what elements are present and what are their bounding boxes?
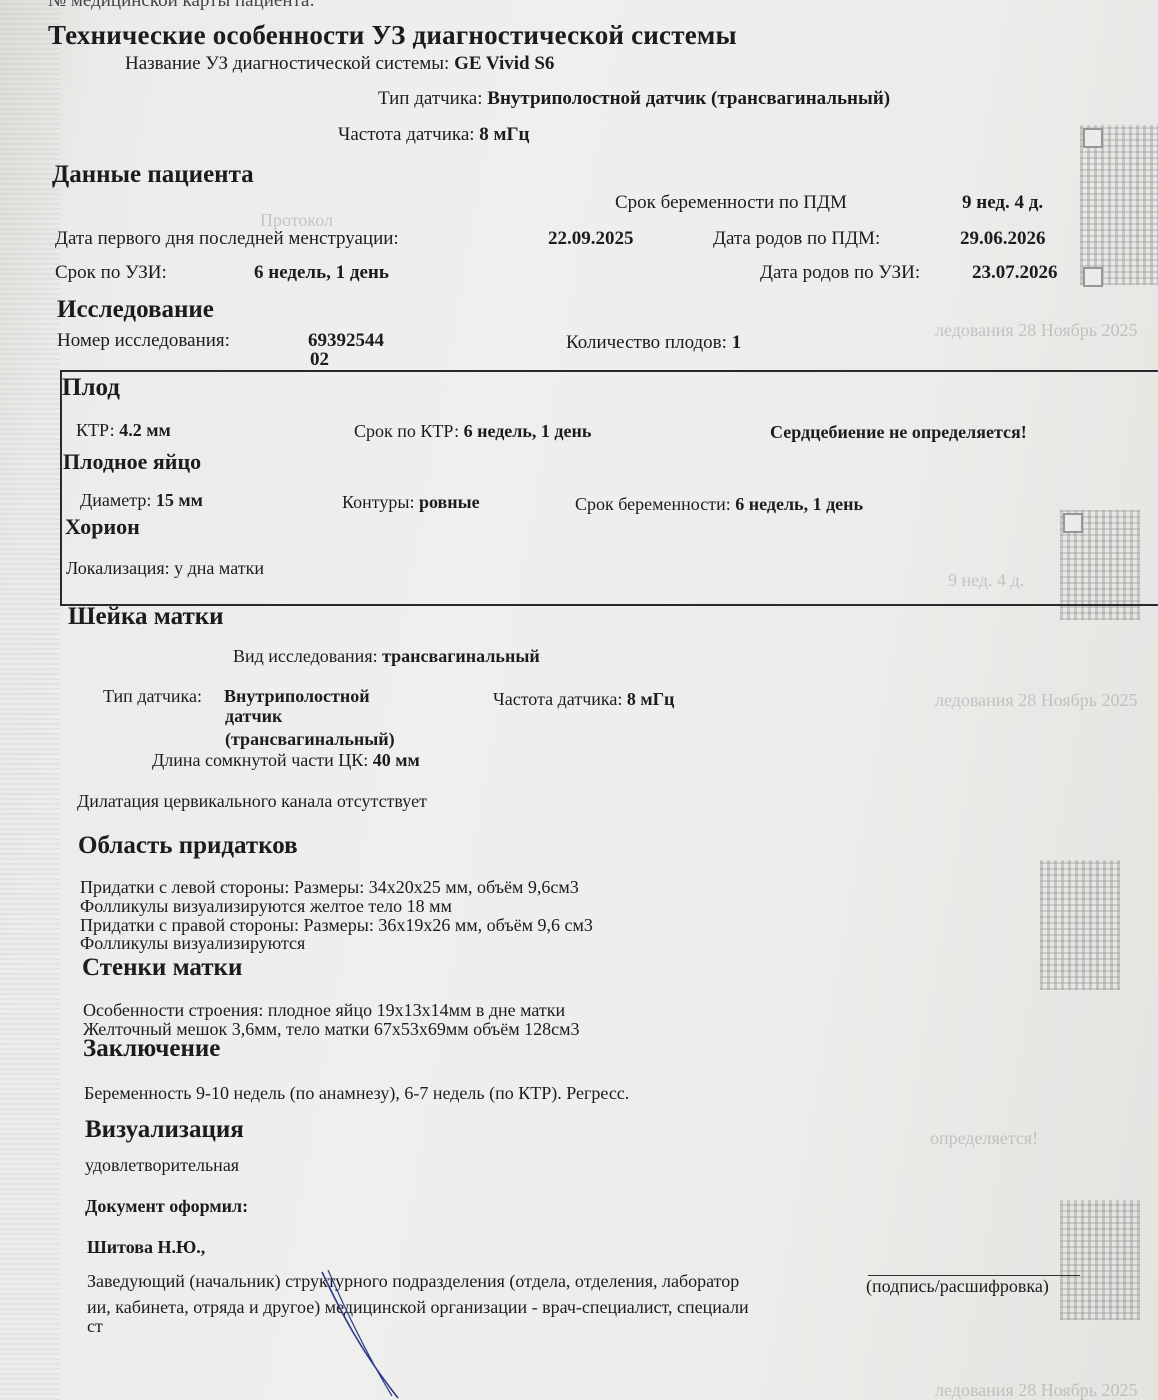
lmp-value: 22.09.2025: [548, 228, 634, 250]
cervix-study-type-row: Вид исследования: трансвагинальный: [233, 646, 540, 667]
ga-us-label: Срок по УЗИ:: [55, 262, 167, 284]
cervix-study-type-label: Вид исследования:: [233, 646, 378, 666]
qr-code: [1040, 860, 1120, 990]
crl-value: 4.2 мм: [119, 420, 171, 440]
ga-crl-row: Срок по КТР: 6 недель, 1 день: [354, 421, 591, 442]
sac-diameter-label: Диаметр:: [80, 490, 151, 510]
study-number-label: Номер исследования:: [57, 330, 230, 352]
probe-frequency-value: 8 мГц: [479, 124, 529, 145]
system-name-row: Название УЗ диагностической системы: GE …: [125, 53, 554, 75]
probe-type-value: Внутриполостной датчик (трансвагинальный…: [487, 88, 890, 109]
edd-us-value: 23.07.2026: [972, 262, 1058, 284]
chorion-location: Локализация: у дна матки: [66, 558, 264, 579]
cervix-dilation: Дилатация цервикального канала отсутству…: [77, 791, 427, 812]
fetus-count-label: Количество плодов:: [566, 332, 727, 353]
qr-code: [1080, 125, 1158, 285]
probe-type-label: Тип датчика:: [378, 88, 483, 109]
sac-ga-row: Срок беременности: 6 недель, 1 день: [575, 494, 863, 515]
section-title-study: Исследование: [57, 296, 214, 324]
edd-lmp-value: 29.06.2026: [960, 228, 1046, 250]
ga-crl-value: 6 недель, 1 день: [464, 421, 592, 441]
adnexa-line: Фолликулы визуализируются желтое тело 18…: [80, 896, 452, 917]
cervix-length-row: Длина сомкнутой части ЦК: 40 мм: [152, 750, 420, 771]
cervix-length-value: 40 мм: [373, 750, 420, 770]
adnexa-line: Придатки с левой стороны: Размеры: 34x20…: [80, 877, 579, 898]
author-position-line3: ст: [87, 1316, 103, 1337]
ga-lmp-value: 9 нед. 4 д.: [962, 192, 1043, 214]
cervix-probe-value-line1: Внутриполостной: [224, 686, 370, 707]
section-title-technical: Технические особенности УЗ диагностическ…: [48, 20, 737, 51]
fetus-count-row: Количество плодов: 1: [566, 332, 741, 354]
cervix-frequency-row: Частота датчика: 8 мГц: [493, 689, 674, 710]
bleed-through-text: ледования 28 Ноябрь 2025: [935, 1380, 1138, 1400]
section-title-patient: Данные пациента: [52, 161, 254, 189]
sac-diameter-value: 15 мм: [156, 490, 203, 510]
system-name-value: GE Vivid S6: [454, 53, 554, 74]
section-title-chorion: Хорион: [65, 514, 140, 540]
edd-us-label: Дата родов по УЗИ:: [760, 262, 920, 284]
cervix-probe-value-line2: датчик: [225, 706, 282, 727]
cervix-study-type-value: трансвагинальный: [382, 646, 540, 666]
edd-lmp-label: Дата родов по ПДМ:: [713, 228, 880, 250]
sac-ga-value: 6 недель, 1 день: [735, 494, 863, 514]
document-author-label: Документ оформил:: [85, 1196, 248, 1217]
probe-type-row: Тип датчика: Внутриполостной датчик (тра…: [378, 88, 890, 110]
cervix-frequency-value: 8 мГц: [627, 689, 675, 709]
section-title-gestational-sac: Плодное яйцо: [63, 449, 201, 475]
lmp-label: Дата первого дня последней менструации:: [55, 228, 399, 250]
signature-caption: (подпись/расшифровка): [866, 1276, 1049, 1297]
handwritten-signature-icon: [320, 1270, 420, 1400]
cervix-probe-value-line3: (трансвагинальный): [225, 729, 395, 750]
visualization-value: удовлетворительная: [85, 1155, 239, 1176]
section-title-conclusion: Заключение: [83, 1035, 220, 1063]
bleed-through-text: ледования 28 Ноябрь 2025: [935, 320, 1138, 341]
cervix-length-label: Длина сомкнутой части ЦК:: [152, 750, 368, 770]
document-author-name: Шитова Н.Ю.,: [87, 1237, 205, 1258]
medical-card-number-label: № медицинской карты пациента:: [48, 0, 315, 12]
bleed-through-text: ледования 28 Ноябрь 2025: [935, 690, 1138, 711]
study-number-value-suffix: 02: [310, 349, 329, 371]
sac-diameter-row: Диаметр: 15 мм: [80, 490, 203, 511]
section-title-visualization: Визуализация: [85, 1116, 244, 1144]
crl-row: КТР: 4.2 мм: [76, 420, 171, 441]
heartbeat-status: Сердцебиение не определяется!: [770, 422, 1027, 443]
cervix-frequency-label: Частота датчика:: [493, 689, 622, 709]
ga-us-value: 6 недель, 1 день: [254, 262, 389, 284]
probe-frequency-label: Частота датчика:: [338, 124, 475, 145]
sac-contour-label: Контуры:: [342, 492, 414, 512]
adnexa-line: Фолликулы визуализируются: [80, 933, 305, 954]
ga-lmp-label: Срок беременности по ПДМ: [615, 192, 847, 214]
conclusion-text: Беременность 9-10 недель (по анамнезу), …: [84, 1083, 629, 1104]
section-title-adnexa: Область придатков: [78, 832, 298, 860]
section-title-uterus: Стенки матки: [82, 954, 242, 982]
uterus-line: Особенности строения: плодное яйцо 19x13…: [83, 1000, 565, 1021]
system-name-label: Название УЗ диагностической системы:: [125, 53, 449, 74]
ga-crl-label: Срок по КТР:: [354, 421, 459, 441]
sac-ga-label: Срок беременности:: [575, 494, 731, 514]
probe-frequency-row: Частота датчика: 8 мГц: [338, 124, 530, 146]
sac-contour-row: Контуры: ровные: [342, 492, 480, 513]
section-title-fetus: Плод: [62, 374, 120, 402]
scan-noise: [0, 0, 60, 1400]
qr-code: [1060, 1200, 1140, 1320]
crl-label: КТР:: [76, 420, 115, 440]
cervix-probe-label: Тип датчика:: [103, 686, 202, 707]
bleed-through-text: определяется!: [930, 1128, 1038, 1149]
section-title-cervix: Шейка матки: [68, 603, 224, 631]
fetus-count-value: 1: [732, 332, 742, 353]
sac-contour-value: ровные: [419, 492, 480, 512]
